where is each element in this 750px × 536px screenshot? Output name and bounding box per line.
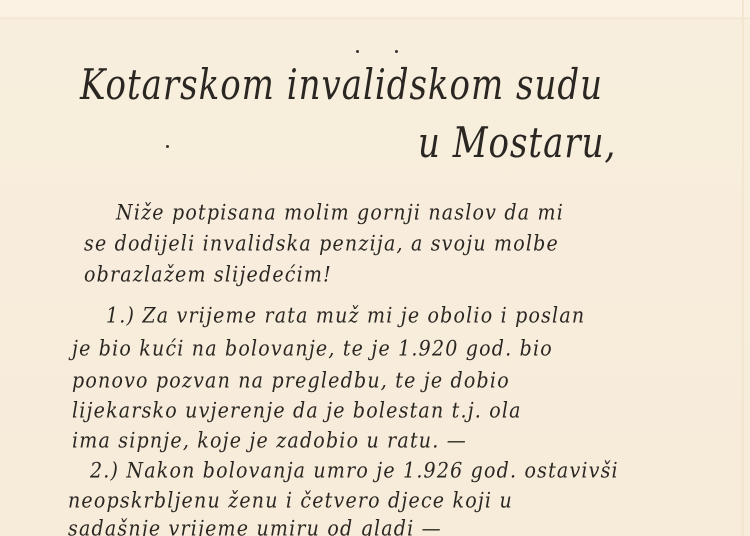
ink-dot bbox=[395, 50, 398, 53]
body-line: je bio kući na bolovanje, te je 1.920 go… bbox=[72, 336, 553, 361]
body-line: lijekarsko uvjerenje da je bolestan t.j.… bbox=[72, 398, 522, 423]
body-line: sadašnje vrijeme umiru od gladi — bbox=[68, 516, 442, 536]
body-line: 2.) Nakon bolovanja umro je 1.926 god. o… bbox=[90, 458, 619, 483]
body-line: se dodijeli invalidska penzija, a svoju … bbox=[84, 231, 559, 256]
body-line: obrazlažem slijedećim! bbox=[84, 262, 332, 287]
ink-dot bbox=[166, 145, 169, 148]
body-line: ima sipnje, koje je zadobio u ratu. — bbox=[72, 428, 467, 453]
address-line-2: u Mostaru, bbox=[418, 118, 616, 168]
paper-edge bbox=[742, 0, 744, 536]
body-line: ponovo pozvan na pregledbu, te je dobio bbox=[72, 368, 510, 393]
address-line-1: Kotarskom invalidskom sudu bbox=[80, 60, 603, 110]
ink-dot bbox=[356, 50, 359, 53]
body-line: 1.) Za vrijeme rata muž mi je obolio i p… bbox=[106, 303, 585, 328]
body-line: neopskrbljenu ženu i četvero djece koji … bbox=[68, 488, 513, 513]
body-line: Niže potpisana molim gornji naslov da mi bbox=[116, 200, 564, 225]
